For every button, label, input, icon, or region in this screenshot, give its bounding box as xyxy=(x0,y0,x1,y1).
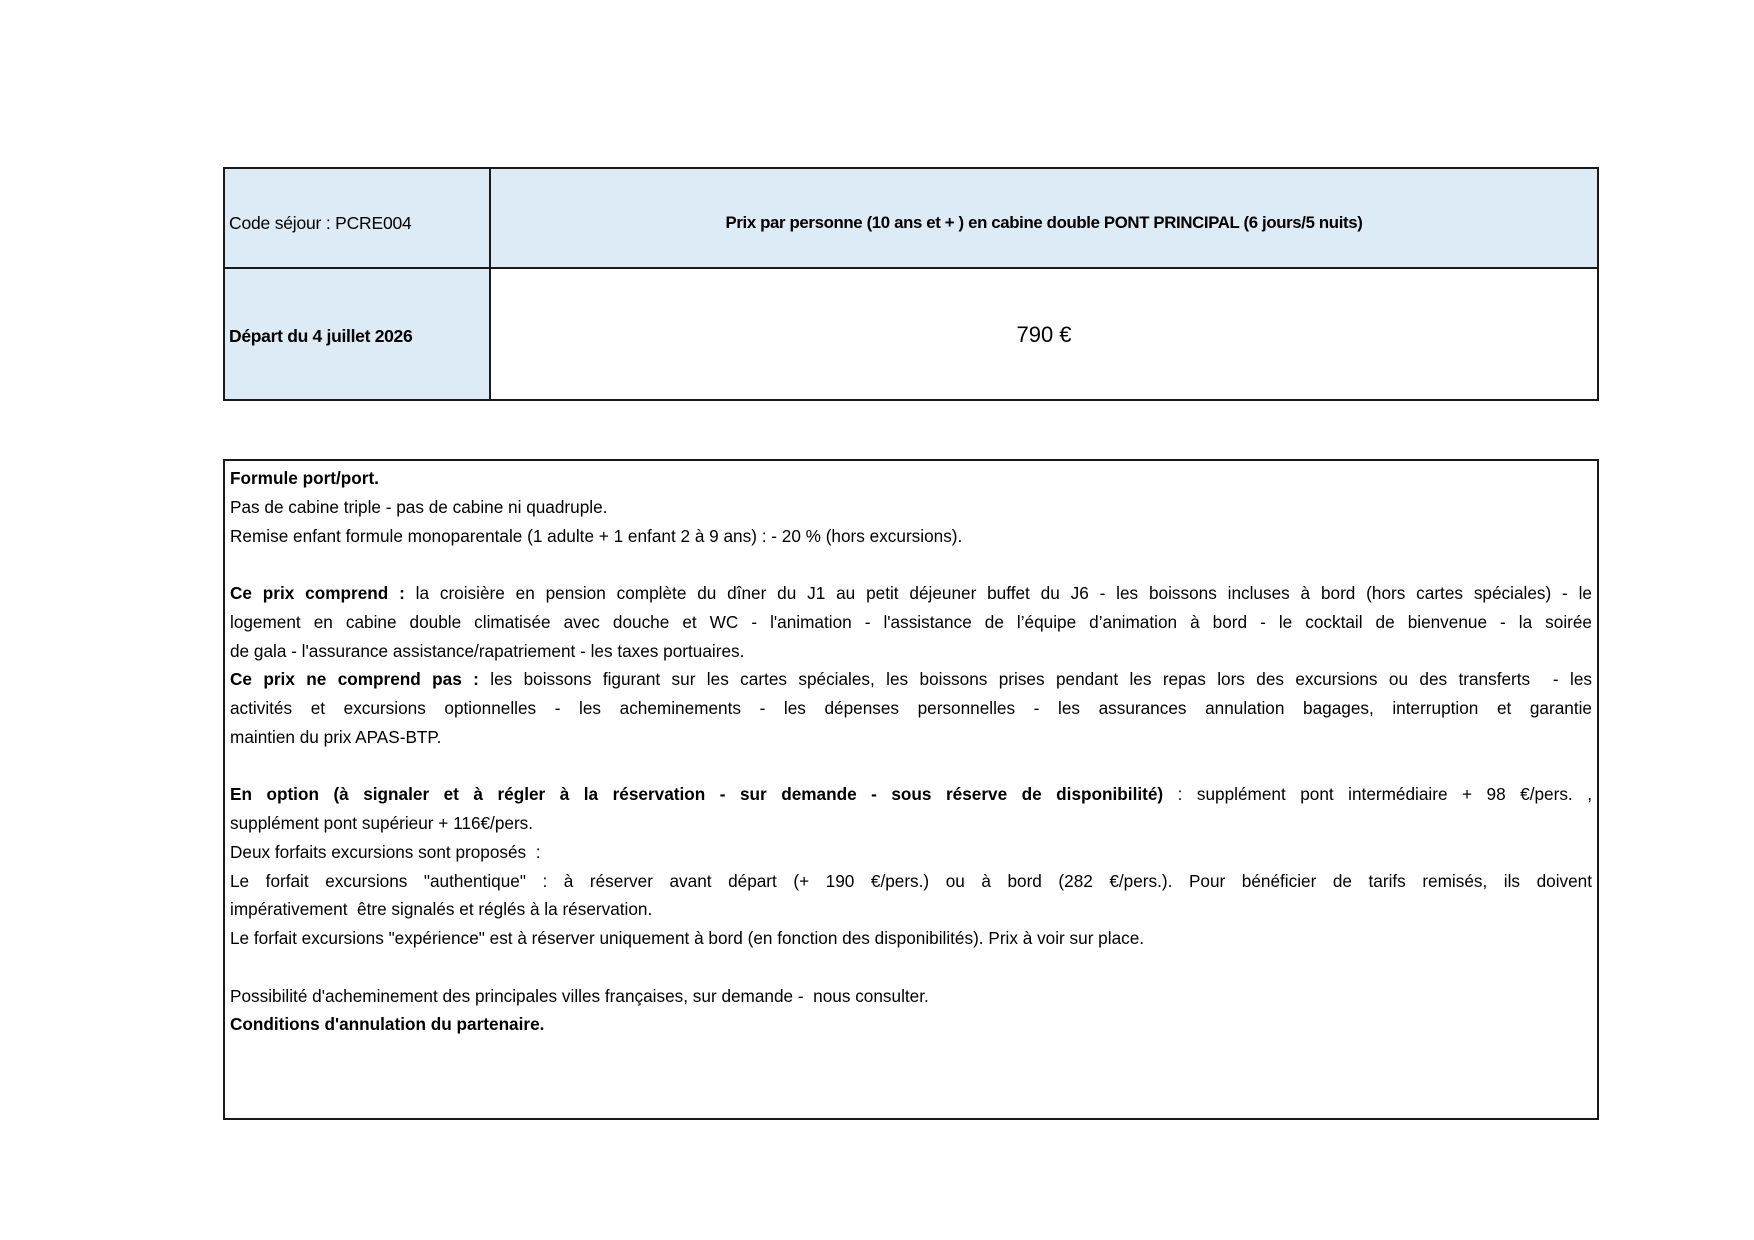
conditions-line: Deux forfaits excursions sont proposés : xyxy=(230,838,1592,867)
departure-date-label: Départ du 4 juillet 2026 xyxy=(229,326,412,347)
conditions-line: de gala - l'assurance assistance/rapatri… xyxy=(230,637,1592,666)
conditions-line: maintien du prix APAS-BTP. xyxy=(230,723,1592,752)
conditions-line: Conditions d'annulation du partenaire. xyxy=(230,1010,1592,1039)
conditions-line: Pas de cabine triple - pas de cabine ni … xyxy=(230,493,1592,522)
price-header-label: Prix par personne (10 ans et + ) en cabi… xyxy=(491,213,1597,233)
body-text: la croisière en pension complète du dîne… xyxy=(405,583,1592,603)
conditions-line: Le forfait excursions "authentique" : à … xyxy=(230,867,1592,896)
conditions-line: activités et excursions optionnelles - l… xyxy=(230,694,1592,723)
body-text: Le forfait excursions "authentique" : à … xyxy=(230,871,1592,891)
stay-code-cell: Code séjour : PCRE004 xyxy=(225,169,491,269)
conditions-line: supplément pont supérieur + 116€/pers. xyxy=(230,809,1592,838)
price-table: Code séjour : PCRE004 Prix par personne … xyxy=(223,167,1599,401)
conditions-line: En option (à signaler et à régler à la r… xyxy=(230,780,1592,809)
price-header-cell: Prix par personne (10 ans et + ) en cabi… xyxy=(491,169,1597,269)
conditions-line: Formule port/port. xyxy=(230,464,1592,493)
price-value-cell: 790 € xyxy=(491,269,1597,399)
bold-text: Conditions d'annulation du partenaire. xyxy=(230,1014,544,1034)
body-text: Possibilité d'acheminement des principal… xyxy=(230,986,929,1006)
conditions-line: Ce prix comprend : la croisière en pensi… xyxy=(230,579,1592,608)
body-text: Deux forfaits excursions sont proposés : xyxy=(230,842,540,862)
body-text: logement en cabine double climatisée ave… xyxy=(230,612,1592,632)
conditions-line: impérativement être signalés et réglés à… xyxy=(230,895,1592,924)
body-text: impérativement être signalés et réglés à… xyxy=(230,899,652,919)
body-text: Le forfait excursions "expérience" est à… xyxy=(230,928,1144,948)
departure-date-cell: Départ du 4 juillet 2026 xyxy=(225,269,491,399)
body-text: supplément pont supérieur + 116€/pers. xyxy=(230,813,533,833)
body-text: activités et excursions optionnelles - l… xyxy=(230,698,1592,718)
conditions-line: logement en cabine double climatisée ave… xyxy=(230,608,1592,637)
stay-code-label: Code séjour : PCRE004 xyxy=(229,213,412,234)
body-text: : supplément pont intermédiaire + 98 €/p… xyxy=(1163,784,1592,804)
bold-text: Formule port/port. xyxy=(230,468,379,488)
body-text: Remise enfant formule monoparentale (1 a… xyxy=(230,526,962,546)
body-text: les boissons figurant sur les cartes spé… xyxy=(479,669,1592,689)
bold-text: Ce prix comprend : xyxy=(230,583,405,603)
body-text: de gala - l'assurance assistance/rapatri… xyxy=(230,641,744,661)
blank-line xyxy=(230,752,1592,781)
bold-text: En option (à signaler et à régler à la r… xyxy=(230,784,1163,804)
conditions-line: Remise enfant formule monoparentale (1 a… xyxy=(230,522,1592,551)
blank-line xyxy=(230,953,1592,982)
bold-text: Ce prix ne comprend pas : xyxy=(230,669,479,689)
price-value: 790 € xyxy=(491,322,1597,348)
body-text: Pas de cabine triple - pas de cabine ni … xyxy=(230,497,607,517)
conditions-line: Le forfait excursions "expérience" est à… xyxy=(230,924,1592,953)
blank-line xyxy=(230,550,1592,579)
conditions-text: Formule port/port.Pas de cabine triple -… xyxy=(230,464,1592,1039)
conditions-line: Possibilité d'acheminement des principal… xyxy=(230,982,1592,1011)
conditions-line: Ce prix ne comprend pas : les boissons f… xyxy=(230,665,1592,694)
body-text: maintien du prix APAS-BTP. xyxy=(230,727,441,747)
conditions-box: Formule port/port.Pas de cabine triple -… xyxy=(223,459,1599,1120)
